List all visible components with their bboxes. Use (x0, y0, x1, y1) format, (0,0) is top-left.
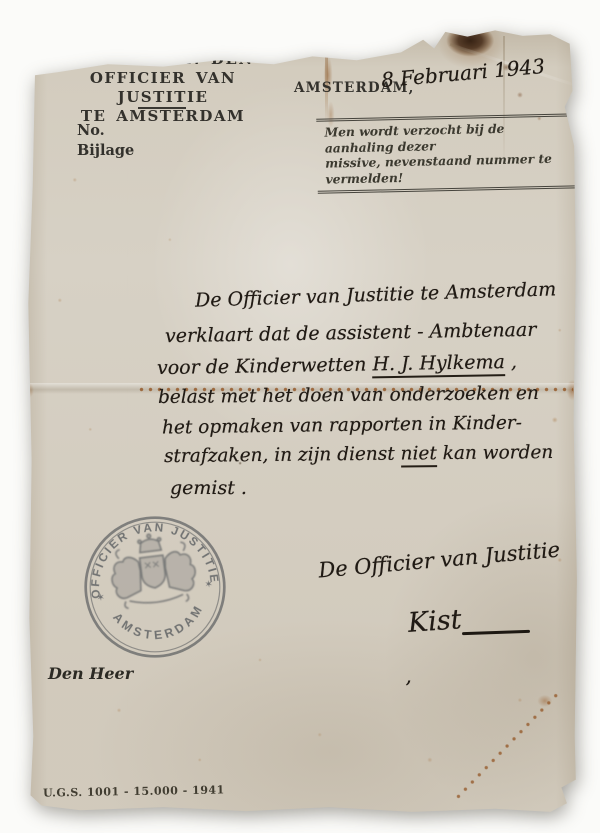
letterhead-line1: PARKET VAN DEN (53, 50, 273, 69)
signature-title: De Officier van Justitie (317, 537, 561, 582)
handwritten-date: 8 Februari 1943 (380, 54, 546, 92)
print-code: U.G.S. 1001 - 15.000 - 1941 (43, 783, 225, 799)
letterhead: PARKET VAN DEN OFFICIER VAN JUSTITIE TE … (53, 50, 273, 126)
body-line3: voor de Kinderwetten H. J. Hylkema , (157, 351, 517, 379)
body-line6-prefix: strafzaken, in zijn dienst (164, 444, 395, 467)
letter-paper: PARKET VAN DEN OFFICIER VAN JUSTITIE TE … (25, 28, 578, 815)
body-line2: verklaart dat de assistent - Ambtenaar (165, 319, 537, 347)
star-icon: ✶ (96, 592, 106, 604)
diagonal-fold-rust-dots (454, 689, 563, 802)
body-line3-name-underlined: H. J. Hylkema (372, 351, 505, 378)
document-photo: PARKET VAN DEN OFFICIER VAN JUSTITIE TE … (0, 0, 600, 833)
notice-line2: missive, nevenstaand nummer te vermelden… (325, 150, 578, 186)
body-line3-suffix: , (511, 351, 517, 373)
body-line6-emphasis-underlined: niet (400, 443, 436, 467)
justice-office-stamp: OFFICIER VAN JUSTITIE AMSTERDAM ✶ ✶ (55, 487, 256, 688)
no-label: No. (77, 122, 105, 139)
paper-shadow: PARKET VAN DEN OFFICIER VAN JUSTITIE TE … (0, 0, 600, 833)
body-line3-prefix: voor de Kinderwetten (157, 353, 367, 379)
body-line6-suffix: kan worden (443, 442, 554, 464)
signature-name: Kist (407, 604, 463, 639)
signature-flourish (462, 630, 530, 635)
letterhead-line2: OFFICIER VAN JUSTITIE (53, 69, 273, 107)
body-line6: strafzaken, in zijn dienst niet kan word… (164, 442, 553, 467)
body-line5: het opmaken van rapporten in Kinder- (162, 412, 522, 438)
stamp-arc-bottom-textpath: AMSTERDAM (109, 600, 210, 648)
addressee-label: Den Heer (48, 664, 133, 683)
letterhead-rule (138, 107, 186, 109)
stamp-arc-bottom-text: AMSTERDAM (109, 600, 210, 648)
body-line1: De Officier van Justitie te Amsterdam (195, 278, 557, 311)
stamp-seal: OFFICIER VAN JUSTITIE AMSTERDAM ✶ ✶ (55, 487, 256, 688)
body-line4: belast met het doen van onderzoeken en (158, 383, 539, 408)
star-icon: ✶ (204, 579, 214, 591)
vertical-fold-crease-top (325, 30, 328, 124)
bijlage-label: Bijlage (77, 142, 134, 159)
stray-ink-mark: ’ (405, 676, 411, 700)
notice-box: Men wordt verzocht bij de aanhaling deze… (316, 113, 584, 194)
